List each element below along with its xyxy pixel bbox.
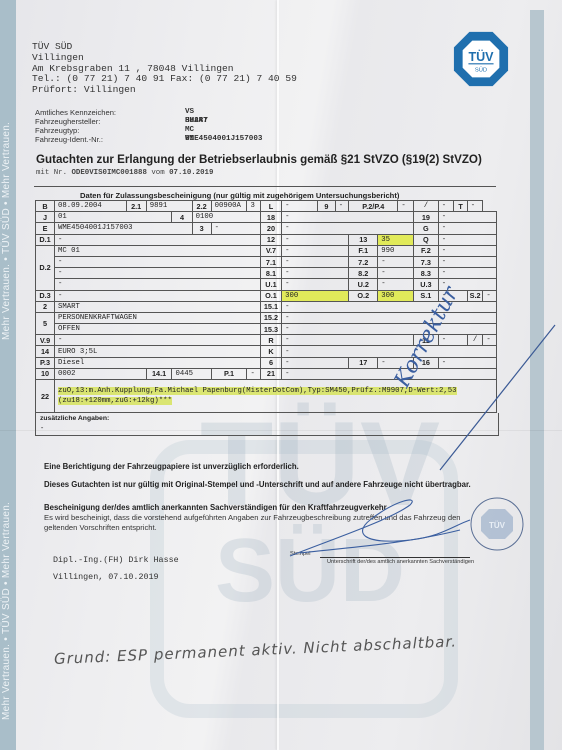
signature-scribble-icon bbox=[290, 500, 470, 556]
diagonal-strike-icon bbox=[440, 325, 555, 470]
document-page: Mehr Vertrauen. • TÜV SÜD • Mehr Vertrau… bbox=[0, 0, 562, 750]
seal-logo: TÜV bbox=[489, 521, 506, 530]
official-seal-icon: TÜV bbox=[471, 498, 523, 550]
pen-marks: TÜV bbox=[0, 0, 562, 750]
